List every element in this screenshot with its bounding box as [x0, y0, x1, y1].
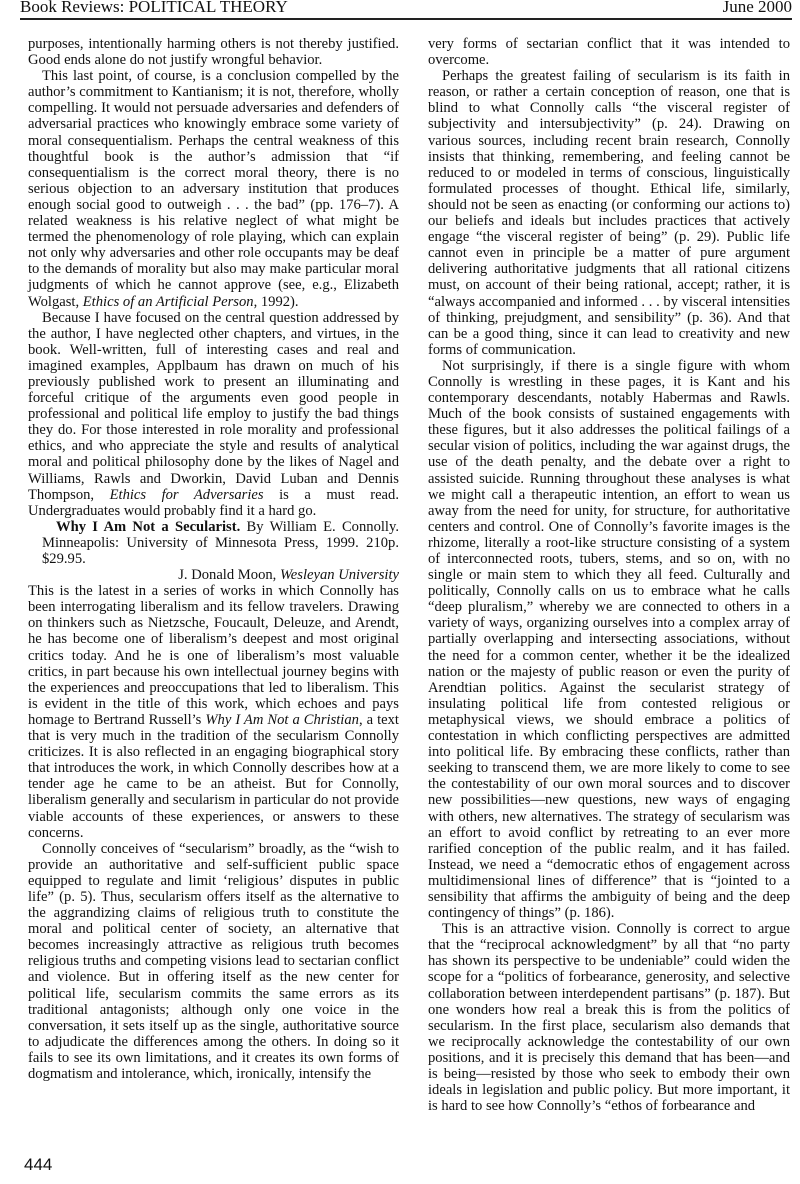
paragraph: This last point, of course, is a conclus…: [28, 68, 399, 309]
paragraph: Not surprisingly, if there is a single f…: [428, 358, 790, 921]
book-title-italic: Why I Am Not a Christian: [205, 712, 359, 728]
book-title-italic: Ethics for Adversaries: [110, 487, 264, 503]
paragraph: This is the latest in a series of works …: [28, 583, 399, 841]
reviewer-name: J. Donald Moon,: [178, 567, 280, 583]
reviewer-affiliation: Wesleyan University: [280, 567, 399, 583]
book-title-italic: Ethics of an Artificial Person: [83, 294, 254, 310]
running-head: Book Reviews: POLITICAL THEORY June 2000: [20, 0, 792, 17]
paragraph: Because I have focused on the central qu…: [28, 310, 399, 519]
page-number: 444: [24, 1155, 52, 1175]
paragraph: This is an attractive vision. Connolly i…: [428, 921, 790, 1114]
right-column: very forms of sectarian conflict that it…: [428, 36, 790, 1114]
issue-date: June 2000: [723, 0, 792, 17]
review-book-title: Why I Am Not a Secularist.: [56, 519, 240, 535]
review-heading: Why I Am Not a Secularist. By William E.…: [28, 519, 399, 567]
reviewer-byline: J. Donald Moon, Wesleyan University: [28, 567, 399, 583]
paragraph: Perhaps the greatest failing of seculari…: [428, 68, 790, 358]
header-rule: [20, 18, 792, 20]
left-column: purposes, intentionally harming others i…: [28, 36, 399, 1082]
journal-section-title: Book Reviews: POLITICAL THEORY: [20, 0, 288, 17]
paragraph: purposes, intentionally harming others i…: [28, 36, 399, 68]
paragraph: Connolly conceives of “secularism” broad…: [28, 841, 399, 1082]
paragraph: very forms of sectarian conflict that it…: [428, 36, 790, 68]
